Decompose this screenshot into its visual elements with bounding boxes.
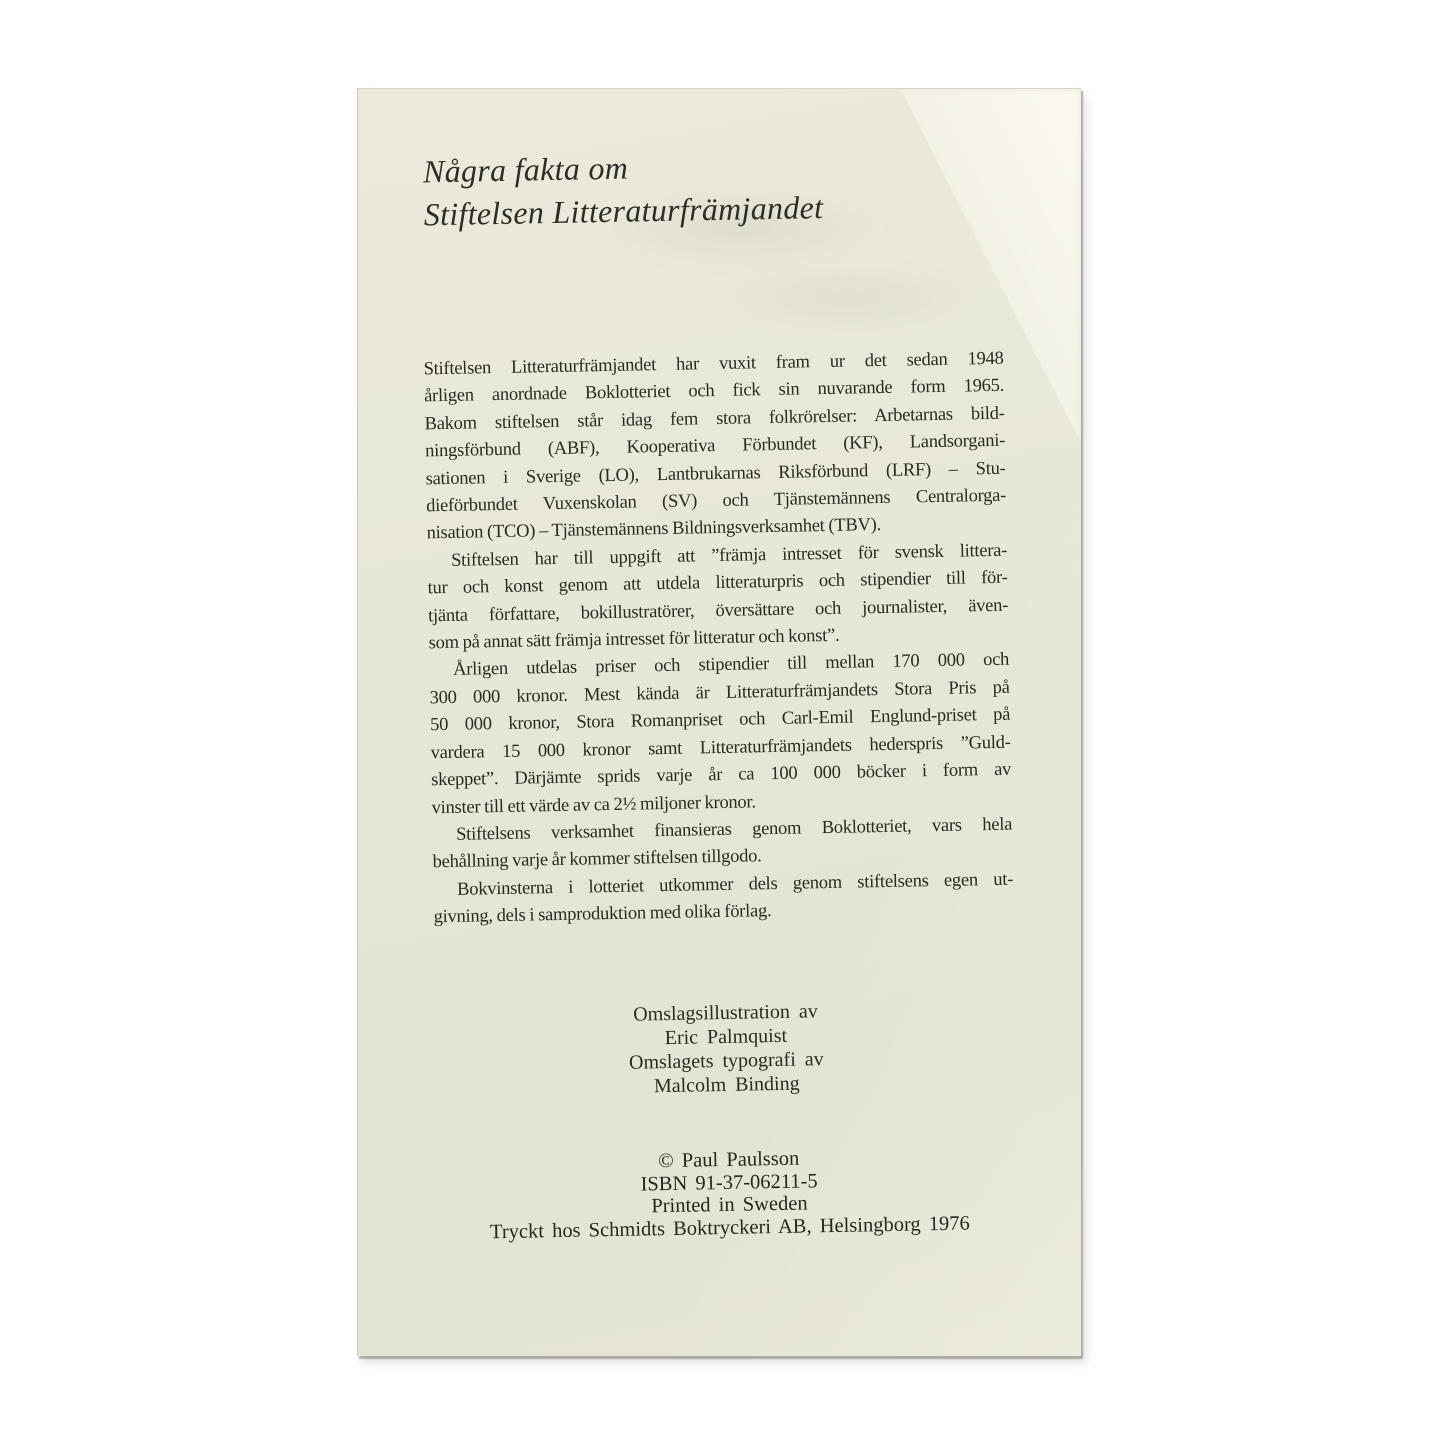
heading-line-1: Några fakta om	[423, 143, 823, 193]
heading-line-2: Stiftelsen Litteraturfrämjandet	[423, 186, 823, 236]
body-text: Stiftelsen Litteraturfrämjandet har vuxi…	[423, 346, 1013, 932]
book-page: Några fakta om Stiftelsen Litteraturfräm…	[357, 88, 1081, 1356]
colophon-block: © Paul PaulssonISBN 91-37-06211-5Printed…	[407, 1143, 1052, 1245]
credits-block: Omslagsillustration avEric PalmquistOmsl…	[435, 996, 1017, 1103]
page-content: Några fakta om Stiftelsen Litteraturfräm…	[348, 82, 1094, 1362]
page-heading: Några fakta om Stiftelsen Litteraturfräm…	[423, 143, 824, 236]
photo-background: Några fakta om Stiftelsen Litteraturfräm…	[0, 0, 1445, 1445]
